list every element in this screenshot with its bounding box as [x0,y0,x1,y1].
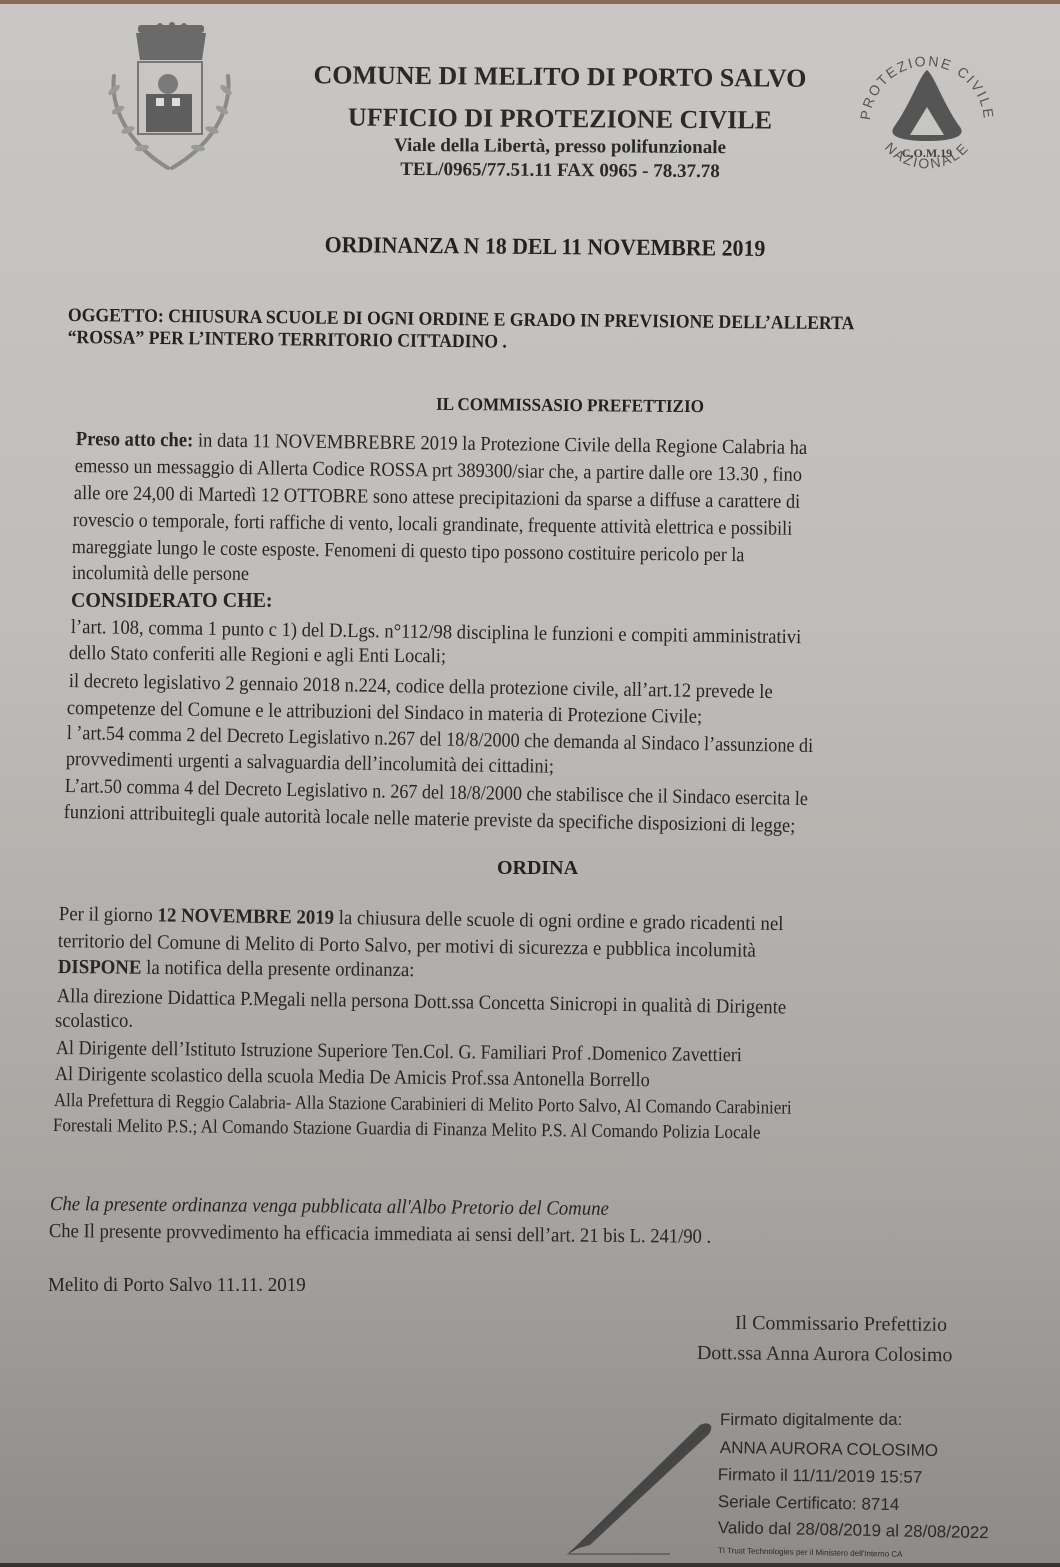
preso-atto-line: emesso un messaggio di Allerta Codice RO… [75,455,802,487]
dispone-line: DISPONE la notifica della presente ordin… [58,956,415,982]
considerato-line: provvedimenti urgenti a salvaguardia del… [66,748,554,779]
considerato-line: dello Stato conferiti alle Regioni e agl… [69,642,446,668]
preso-atto-line: incolumità delle persone [72,562,249,586]
recipient-line: scolastico. [55,1010,133,1033]
recipient-line: Al Dirigente scolastico della scuola Med… [55,1063,650,1092]
closure-date: 12 NOVEMBRE 2019 [157,904,334,928]
certificate-issuer: TI Trust Technologies per il Ministero d… [718,1546,903,1559]
digital-signed-by-label: Firmato digitalmente da: [720,1410,902,1430]
dispone-label: DISPONE [58,956,142,979]
signature-role: Il Commissario Prefettizio [735,1312,947,1337]
recipient-line: Forestali Melito P.S.; Al Comando Stazio… [53,1115,761,1144]
recipient-line: Al Dirigente dell’Istituto Istruzione Su… [56,1037,742,1067]
digital-signer: ANNA AURORA COLOSIMO [720,1438,938,1461]
digital-signed-on: Firmato il 11/11/2019 15:57 [718,1465,923,1488]
efficacy-note: Che Il presente provvedimento ha efficac… [49,1220,712,1249]
certificate-serial: Seriale Certificato: 8714 [718,1492,900,1515]
place-date: Melito di Porto Salvo 11.11. 2019 [48,1274,306,1297]
authority-heading: IL COMMISSASIO PREFETTIZIO [28,390,1060,420]
header-municipality: COMUNE DI MELITO DI PORTO SALVO [280,60,840,94]
subject: OGGETTO: CHIUSURA SCUOLE DI OGNI ORDINE … [68,305,1026,359]
preso-atto-line: rovescio o temporale, forti raffiche di … [73,509,793,541]
certificate-validity: Valido dal 28/08/2019 al 28/08/2022 [718,1518,989,1543]
header-office: UFFICIO DI PROTEZIONE CIVILE [280,102,840,136]
considerato-label: CONSIDERATO CHE: [71,588,273,613]
header-address: Viale della Libertà, presso polifunziona… [280,134,840,160]
municipal-coat-of-arms-icon [100,20,240,180]
header-contacts: TEL/0965/77.51.11 FAX 0965 - 78.37.78 [280,158,840,184]
ordina-heading: ORDINA [0,857,1060,880]
ordinance-title: ORDINANZA N 18 DEL 11 NOVEMBRE 2019 [27,229,1060,264]
seal-code: C.O.M.19 [902,146,952,160]
preso-atto-line: alle ore 24,00 di Martedì 12 OTTOBRE son… [74,482,801,514]
publication-note: Che la presente ordinanza venga pubblica… [50,1193,609,1221]
recipient-line: Alla direzione Didattica P.Megali nella … [57,985,787,1019]
photo-edge-top [0,0,1060,4]
preso-atto-label: Preso atto che: [76,428,194,451]
preso-atto-line: Preso atto che: in data 11 NOVEMBREBRE 2… [76,428,808,460]
protezione-civile-seal-icon: PROTEZIONE CIVILE NAZIONALE C.O.M.19 [852,45,1002,190]
pen-icon [560,1415,720,1555]
photo-edge-bottom [0,1563,1060,1567]
signature-name: Dott.ssa Anna Aurora Colosimo [697,1342,953,1367]
